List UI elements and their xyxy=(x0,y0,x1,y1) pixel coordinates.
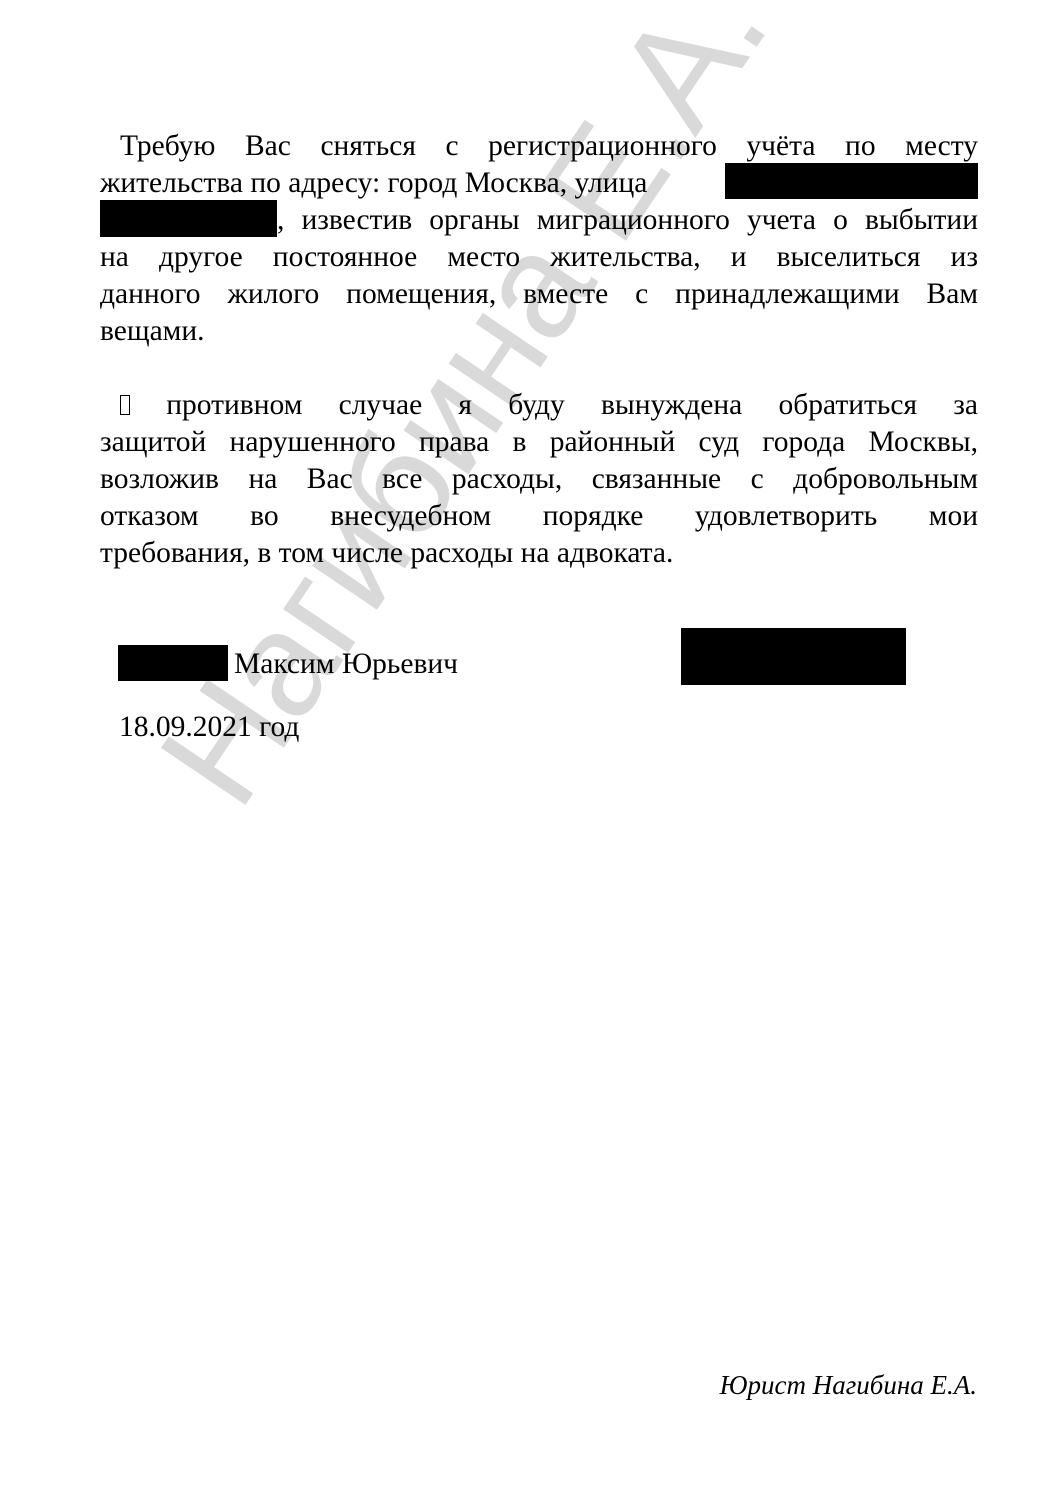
paragraph-line: данного жилого помещения, вместе с прина… xyxy=(100,276,978,313)
signatory-name: Максим Юрьевич xyxy=(118,645,458,683)
document-date: 18.09.2021 год xyxy=(119,709,299,746)
paragraph-line: Требую Вас сняться с регистрационного уч… xyxy=(100,128,978,165)
signatory-first-patronymic: Максим Юрьевич xyxy=(234,648,458,680)
paragraph-line: защитой нарушенного права в районный суд… xyxy=(100,424,978,461)
paragraph-line-text: противном случае я буду вынуждена обрати… xyxy=(166,389,978,421)
paragraph-warning: противном случае я буду вынуждена обрати… xyxy=(100,387,978,572)
redaction-box-address xyxy=(100,200,277,237)
redaction-box-surname xyxy=(118,645,228,681)
redaction-box-signature xyxy=(681,628,906,685)
paragraph-line-text: , известив органы миграционного учета о … xyxy=(277,204,978,236)
redaction-box-street xyxy=(725,163,978,199)
paragraph-line: отказом во внесудебном порядке удовлетво… xyxy=(100,498,978,535)
document-page: Нагибина Е.А. Требую Вас сняться с регис… xyxy=(0,0,1061,1500)
paragraph-line: возложив на Вас все расходы, связанные с… xyxy=(100,461,978,498)
missing-glyph-icon xyxy=(120,395,130,415)
paragraph-line: на другое постоянное место жительства, и… xyxy=(100,239,978,276)
paragraph-line: противном случае я буду вынуждена обрати… xyxy=(100,387,978,424)
footer-author: Юрист Нагибина Е.А. xyxy=(720,1368,977,1402)
paragraph-line: вещами. xyxy=(100,313,978,350)
paragraph-line-text: жительства по адресу: город Москва, улиц… xyxy=(100,167,647,199)
paragraph-demand: Требую Вас сняться с регистрационного уч… xyxy=(100,128,978,350)
paragraph-line: требования, в том числе расходы на адвок… xyxy=(100,535,978,572)
